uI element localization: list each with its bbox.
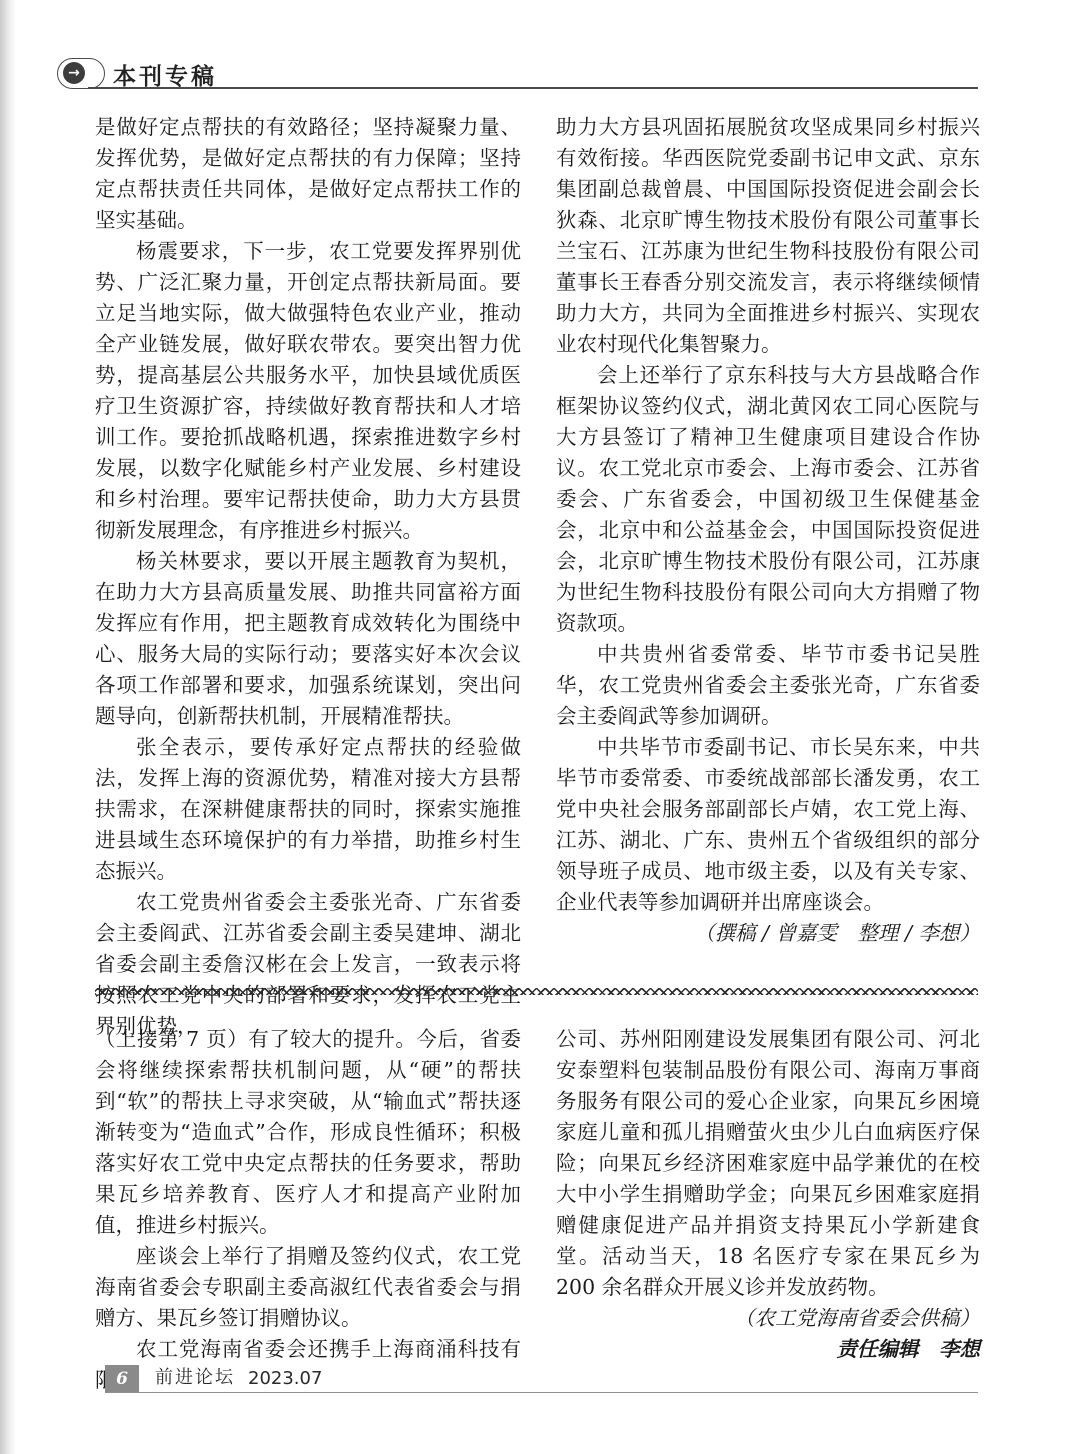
journal-name: 前进论坛 [155, 1363, 235, 1389]
magazine-page: → 本刊专稿 是做好定点帮扶的有效路径；坚持凝聚力量、发挥优势，是做好定点帮扶的… [0, 0, 1071, 1454]
paragraph: 助力大方县巩固拓展脱贫攻坚成果同乡村振兴有效衔接。华西医院党委副书记申文武、京东… [556, 112, 980, 360]
paragraph: 农工党贵州省委会主委张光奇、广东省委会主委阎武、江苏省委会副主委吴建坤、湖北省委… [95, 887, 521, 1042]
section-divider-ornament [95, 988, 978, 995]
article-top-left-column: 是做好定点帮扶的有效路径；坚持凝聚力量、发挥优势，是做好定点帮扶的有力保障；坚持… [95, 112, 521, 1042]
paragraph: （上接第 7 页）有了较大的提升。今后，省委会将继续探索帮扶机制问题，从“硬”的… [95, 1024, 521, 1241]
article-top-right-column: 助力大方县巩固拓展脱贫攻坚成果同乡村振兴有效衔接。华西医院党委副书记申文武、京东… [556, 112, 980, 949]
paragraph: （撰稿 / 曾嘉雯 整理 / 李想） [556, 918, 980, 949]
paragraph: 杨关林要求，要以开展主题教育为契机，在助力大方县高质量发展、助推共同富裕方面发挥… [95, 546, 521, 732]
paragraph: 杨震要求，下一步，农工党要发挥界别优势、广泛汇聚力量，开创定点帮扶新局面。要立足… [95, 236, 521, 546]
page-header: → 本刊专稿 [0, 0, 1071, 95]
article-bottom-left-column: （上接第 7 页）有了较大的提升。今后，省委会将继续探索帮扶机制问题，从“硬”的… [95, 1024, 521, 1396]
paragraph: 中共毕节市委副书记、市长吴东来，中共毕节市委常委、市委统战部部长潘发勇，农工党中… [556, 732, 980, 918]
page-edge-shadow [0, 0, 16, 1454]
paragraph: 张全表示，要传承好定点帮扶的经验做法，发挥上海的资源优势，精准对接大方县帮扶需求… [95, 732, 521, 887]
header-rule [88, 87, 978, 89]
paragraph: 中共贵州省委常委、毕节市委书记吴胜华，农工党贵州省委会主委张光奇，广东省委会主委… [556, 639, 980, 732]
paragraph: 座谈会上举行了捐赠及签约仪式，农工党海南省委会专职副主委高淑红代表省委会与捐赠方… [95, 1241, 521, 1334]
paragraph: 是做好定点帮扶的有效路径；坚持凝聚力量、发挥优势，是做好定点帮扶的有力保障；坚持… [95, 112, 521, 236]
paragraph: 会上还举行了京东科技与大方县战略合作框架协议签约仪式，湖北黄冈农工同心医院与大方… [556, 360, 980, 639]
arrow-right-circle-icon: → [63, 62, 85, 84]
paragraph: （农工党海南省委会供稿） [556, 1303, 980, 1334]
paragraph: 公司、苏州阳刚建设发展集团有限公司、河北安泰塑料包装制品股份有限公司、海南万事商… [556, 1024, 980, 1303]
page-footer: 6 前进论坛 2023.07 [105, 1360, 978, 1393]
page-number-badge: 6 [105, 1365, 139, 1392]
article-bottom-right-column: 公司、苏州阳刚建设发展集团有限公司、河北安泰塑料包装制品股份有限公司、海南万事商… [556, 1024, 980, 1365]
issue-number: 2023.07 [248, 1368, 322, 1389]
